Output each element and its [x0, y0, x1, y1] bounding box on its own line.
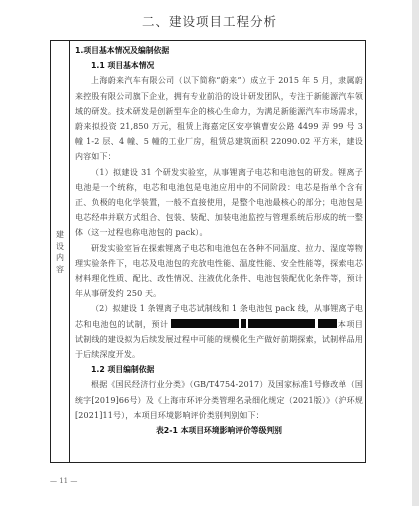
page-title: 二、建设项目工程分析	[0, 12, 419, 30]
redaction-bar	[248, 319, 301, 328]
redaction-bar	[241, 319, 246, 328]
subsection-heading-basic-info: 1.1 项目基本情况	[75, 58, 363, 73]
side-label-char: 内	[51, 252, 69, 264]
side-label-char: 容	[51, 264, 69, 276]
redaction-bar	[318, 319, 337, 328]
column-divider	[69, 41, 70, 462]
side-label-char: 设	[51, 241, 69, 253]
paragraph-company-intro: 上海蔚来汽车有限公司（以下简称“蔚来”）成立于 2015 年 5 月，隶属蔚来控…	[75, 73, 363, 164]
table-caption: 表2-1 本项目环境影响评价等级判别	[75, 423, 363, 438]
subsection-heading-basis: 1.2 项目编制依据	[75, 362, 363, 377]
paragraph-trial-line: （2）拟建设 1 条锂离子电芯试制线和 1 条电池包 pack 线，从事锂离子电…	[75, 301, 363, 362]
page-number: — 11 —	[50, 477, 77, 485]
redaction-bar	[171, 319, 239, 328]
paragraph-lab-purpose: 研发实验室旨在探索锂离子电芯和电池包在各种不同温度、拉力、湿度等物理实验条件下，…	[75, 241, 363, 302]
section-heading: 1.项目基本情况及编制依据	[75, 43, 363, 58]
paragraph-classification-basis: 根据《国民经济行业分类》（GB/T4754-2017）及国家标准1号修改单（国统…	[75, 377, 363, 423]
side-label-char: 建	[51, 229, 69, 241]
side-label-construction-content: 建 设 内 容	[51, 229, 69, 275]
redaction-bar	[301, 319, 315, 328]
table-content: 1.项目基本情况及编制依据 1.1 项目基本情况 上海蔚来汽车有限公司（以下简称…	[75, 43, 363, 438]
project-analysis-table: 建 设 内 容 1.项目基本情况及编制依据 1.1 项目基本情况 上海蔚来汽车有…	[50, 40, 366, 463]
paragraph-rd-labs: （1）拟建设 31 个研发实验室，从事锂离子电芯和电池包的研发。锂离子电池是一个…	[75, 165, 363, 241]
scrollbar-track[interactable]	[412, 0, 419, 506]
